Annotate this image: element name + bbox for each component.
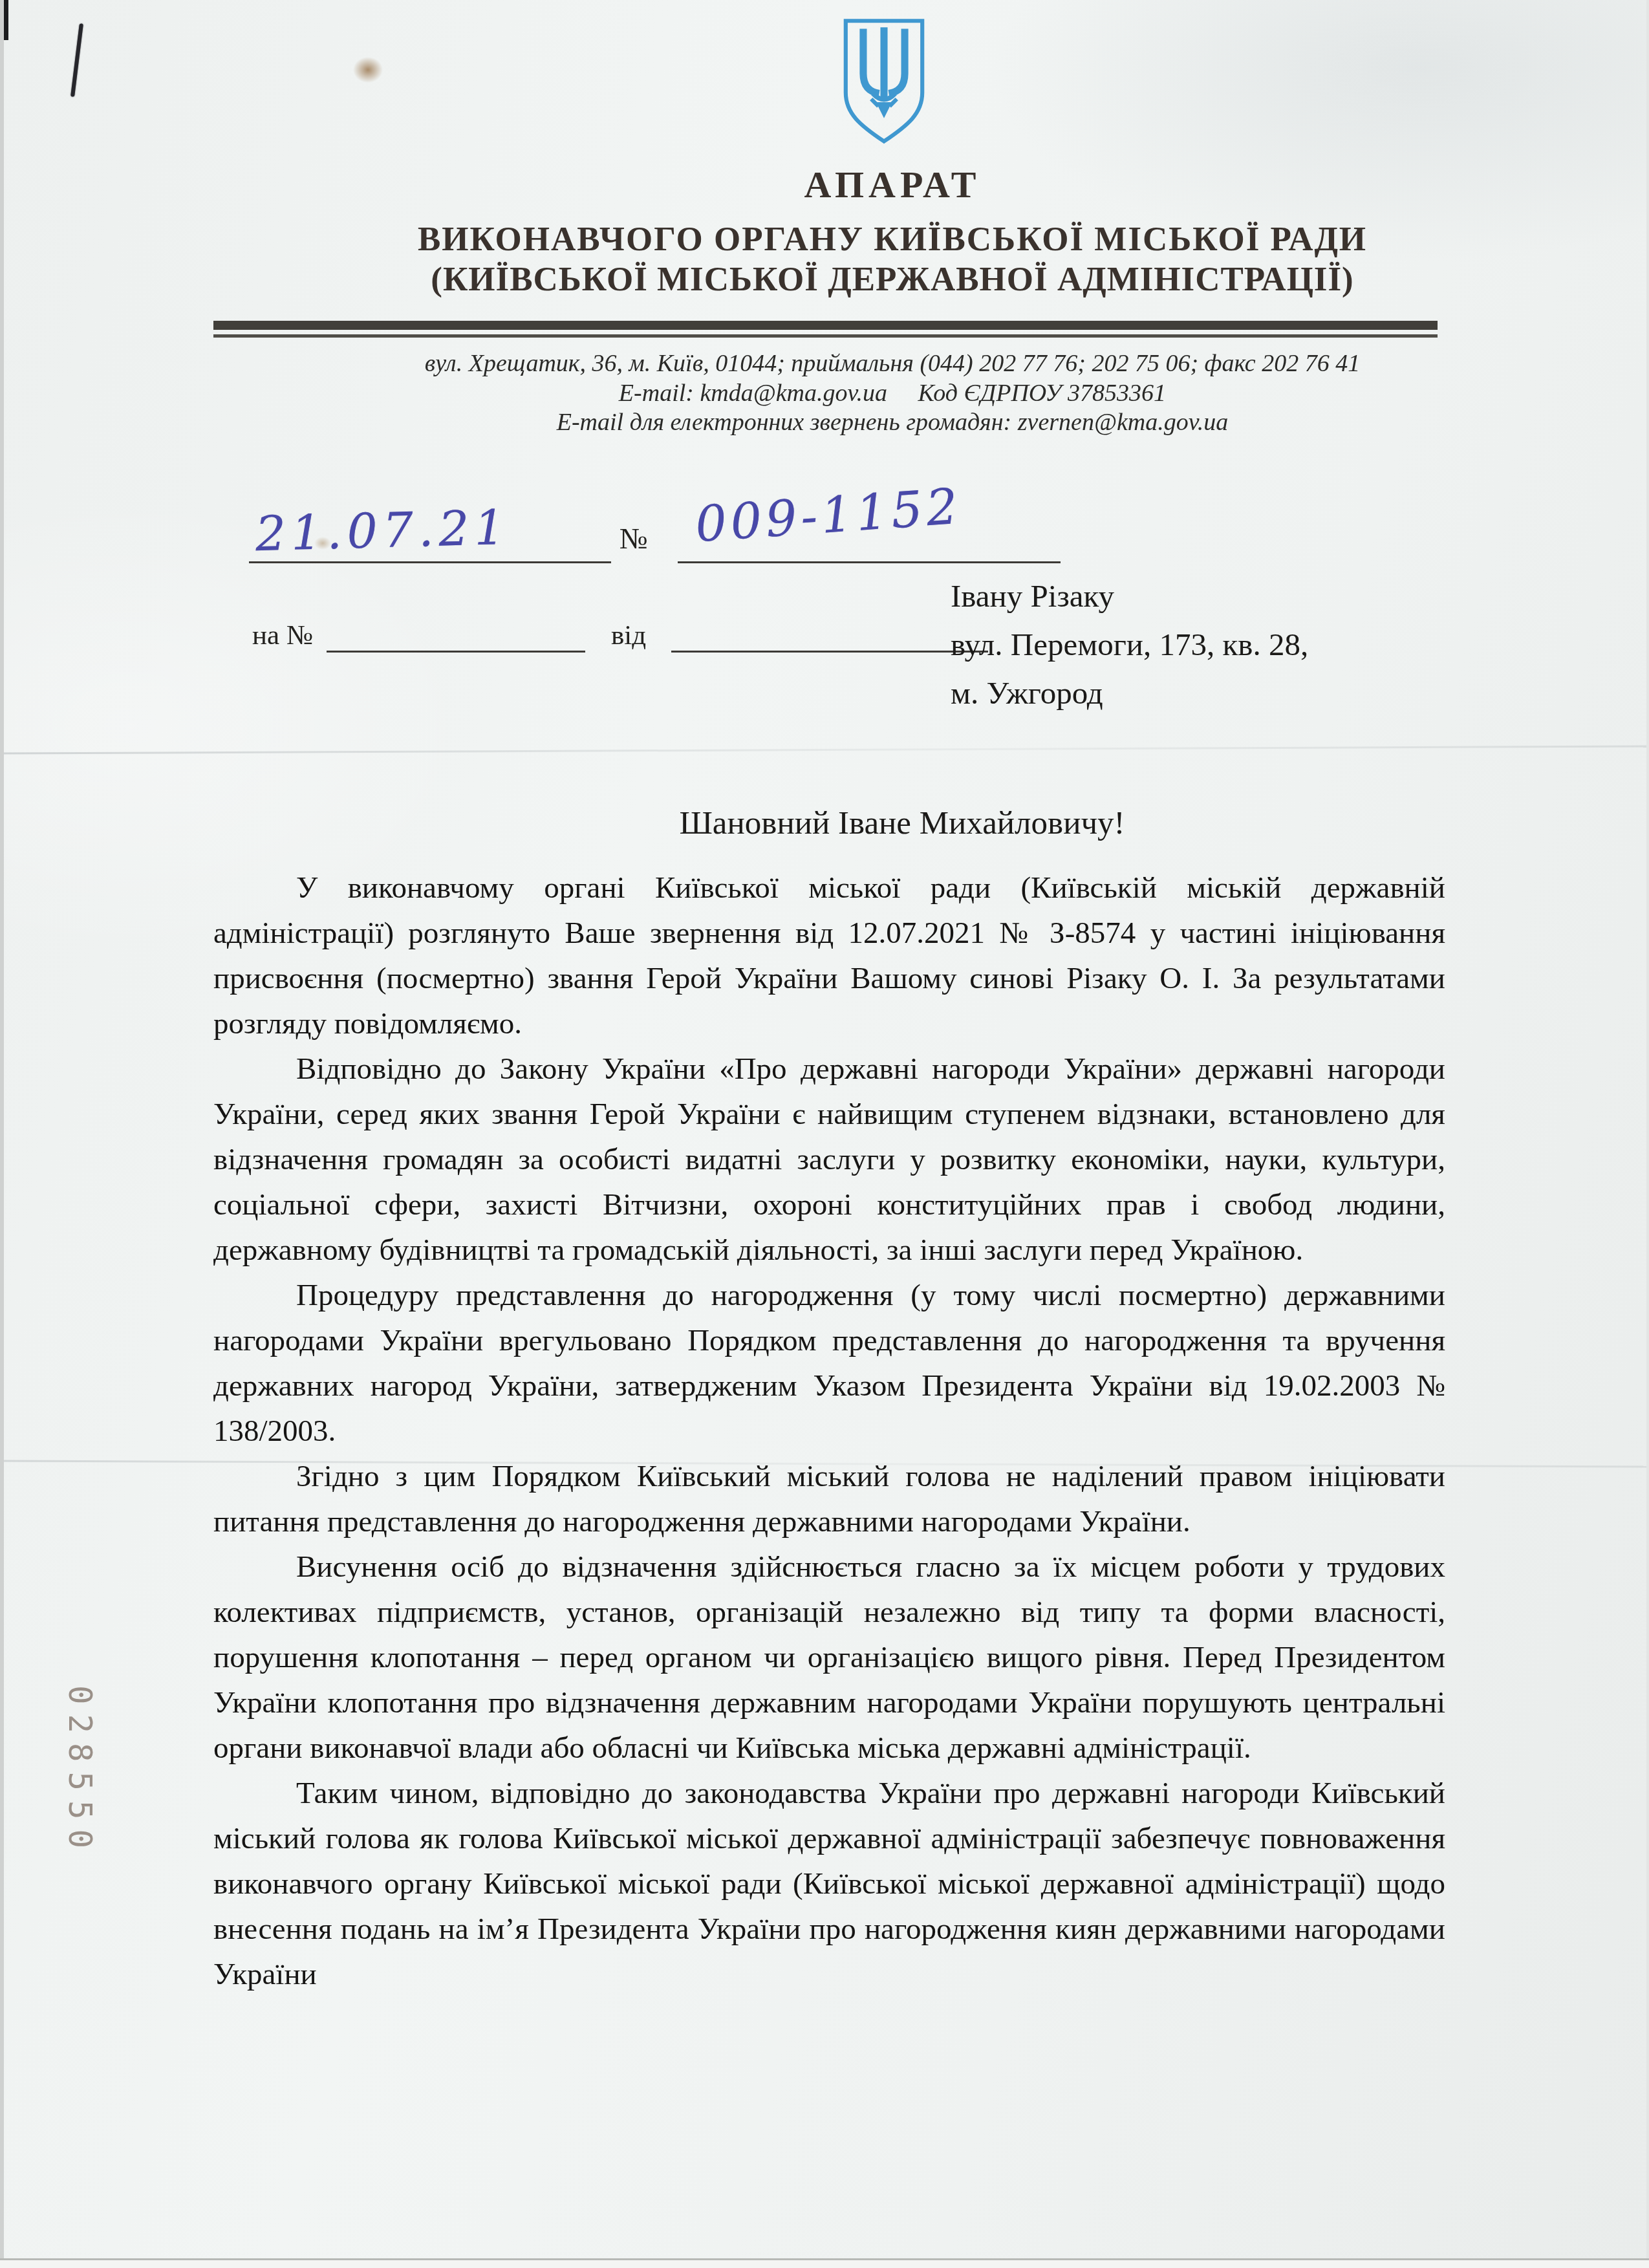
scanned-letter-page: АПАРАТ ВИКОНАВЧОГО ОРГАНУ КИЇВСЬКОЇ МІСЬ… [0,0,1649,2268]
pen-mark-artifact [70,23,83,97]
body-paragraph: Таким чином, відповідно до законодавства… [213,1771,1445,1997]
scan-left-edge [0,0,4,2268]
org-name-line1: АПАРАТ [259,163,1526,206]
paper-crease [0,745,1649,754]
outgoing-number-handwritten: 009-1152 [693,477,963,554]
scan-right-edge [1646,0,1649,2268]
org-name-line3: (КИЇВСЬКОЇ МІСЬКОЇ ДЕРЖАВНОЇ АДМІНІСТРАЦ… [259,260,1526,299]
scan-bottom-strip [0,2260,1649,2268]
reply-date-underline [671,651,988,653]
recipient-address-street: вул. Перемоги, 173, кв. 28, [951,626,1442,663]
reply-date-label: від [611,620,646,651]
org-name-line2: ВИКОНАВЧОГО ОРГАНУ КИЇВСЬКОЇ МІСЬКОЇ РАД… [259,220,1526,259]
recipient-address-city: м. Ужгород [951,675,1442,711]
outgoing-date-handwritten: 21.07.21 [255,500,511,562]
org-address-line: вул. Хрещатик, 36, м. Київ, 01044; прийм… [259,349,1526,378]
reply-number-label: на № [252,620,313,651]
org-citizen-email-line: E-mail для електронних звернень громадян… [259,408,1526,437]
body-paragraph: Висунення осіб до відзначення здійснюєть… [213,1544,1445,1771]
serial-number-stamp: 028550 [61,1685,98,1858]
number-underline [678,561,1061,563]
paper-smudge [353,57,383,83]
letter-body: У виконавчому органі Київської міської р… [213,865,1445,1997]
body-paragraph: У виконавчому органі Київської міської р… [213,865,1445,1046]
header-divider-thin [213,334,1438,338]
body-paragraph: Відповідно до Закону України «Про держав… [213,1046,1445,1273]
reply-number-underline [327,651,585,653]
org-email-edrpou-line: E-mail: kmda@kma.gov.ua Код ЄДРПОУ 37853… [259,379,1526,407]
ukraine-trident-emblem [836,14,932,149]
body-paragraph: Згідно з цим Порядком Київський міський … [213,1454,1445,1544]
body-paragraph: Процедуру представлення до нагородження … [213,1273,1445,1454]
number-sign: № [620,521,648,556]
recipient-name: Івану Різаку [951,578,1442,614]
header-divider-thick [213,321,1438,330]
date-underline [249,561,611,563]
salutation: Шановний Іване Михайловичу! [278,805,1526,842]
